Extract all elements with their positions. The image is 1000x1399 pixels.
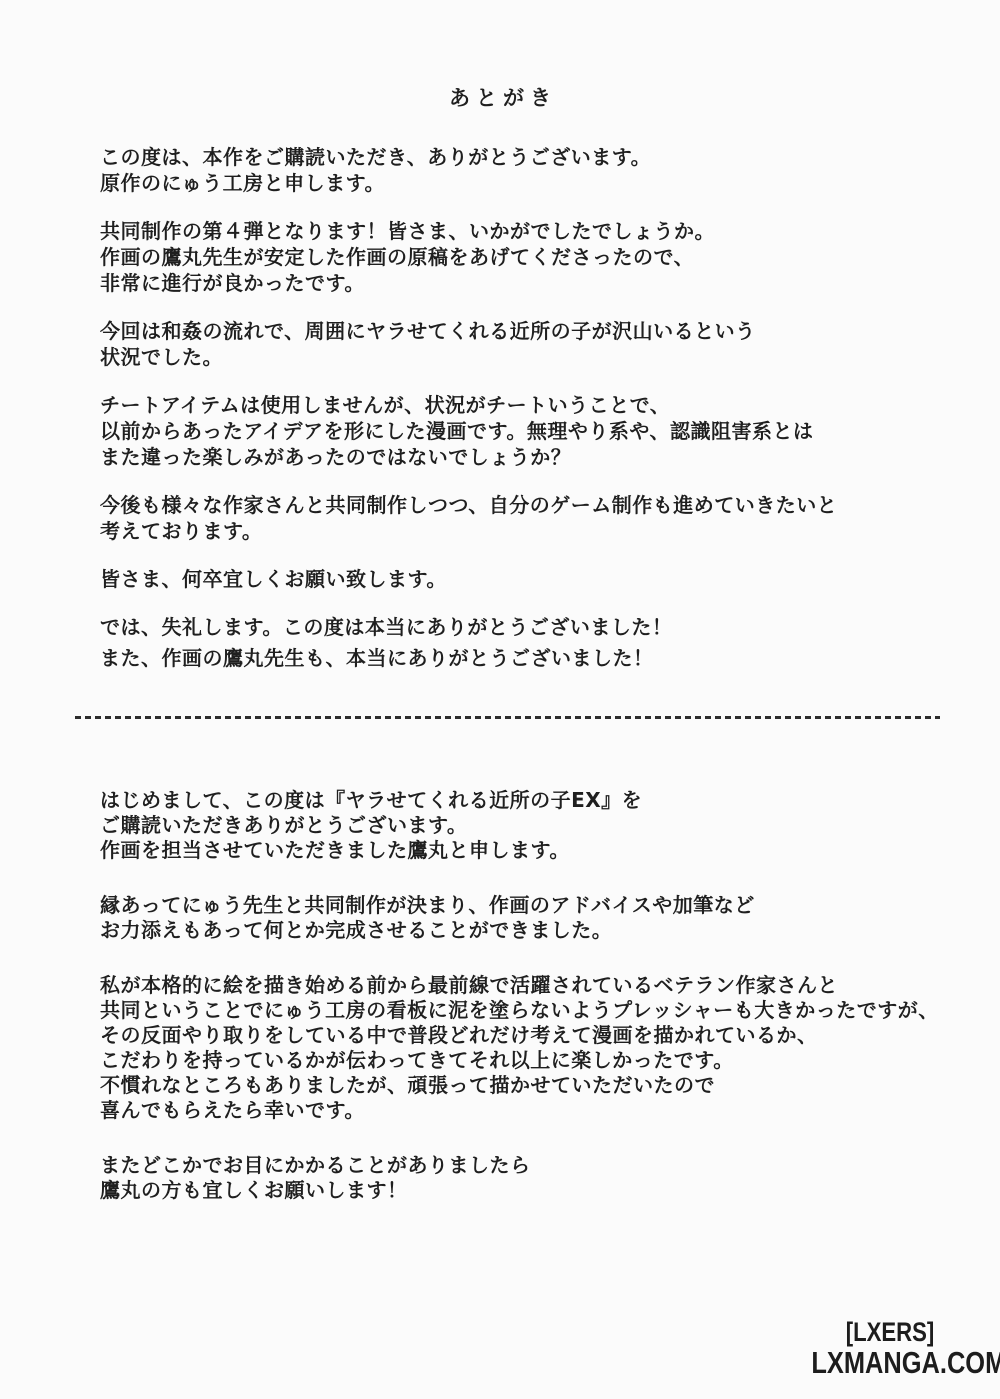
- paragraph: 皆さま、何卒宜しくお願い致します。: [100, 566, 960, 592]
- text-line: 共同ということでにゅう工房の看板に泥を塗らないようプレッシャーも大きかったですが…: [100, 998, 960, 1023]
- afterword-page: あとがき この度は、本作をご購読いただき、ありがとうございます。原作のにゅう工房…: [0, 0, 1000, 1399]
- text-line: 私が本格的に絵を描き始める前から最前線で活躍されているベテラン作家さんと: [100, 973, 960, 998]
- text-line: 今回は和姦の流れで、周囲にヤラせてくれる近所の子が沢山いるという: [100, 318, 960, 344]
- text-line: では、失礼します。この度は本当にありがとうございました！: [100, 614, 960, 640]
- paragraph: またどこかでお目にかかることがありましたら鷹丸の方も宜しくお願いします！: [100, 1153, 960, 1203]
- text-line: 縁あってにゅう先生と共同制作が決まり、作画のアドバイスや加筆など: [100, 893, 960, 918]
- text-line: 喜んでもらえたら幸いです。: [100, 1098, 960, 1123]
- paragraph: 今回は和姦の流れで、周囲にヤラせてくれる近所の子が沢山いるという状況でした。: [100, 318, 960, 370]
- text-line: こだわりを持っているかが伝わってきてそれ以上に楽しかったです。: [100, 1048, 960, 1073]
- watermark-group-name: [LXERS]: [846, 1318, 935, 1346]
- text-line: 状況でした。: [100, 344, 960, 370]
- paragraph: 私が本格的に絵を描き始める前から最前線で活躍されているベテラン作家さんと共同とい…: [100, 973, 960, 1123]
- text-line: 不慣れなところもありましたが、頑張って描かせていただいたので: [100, 1073, 960, 1098]
- text-line: 作画の鷹丸先生が安定した作画の原稿をあげてくださったので、: [100, 244, 960, 270]
- text-line: また、作画の鷹丸先生も、本当にありがとうございました！: [100, 645, 960, 671]
- paragraph: この度は、本作をご購読いただき、ありがとうございます。原作のにゅう工房と申します…: [100, 144, 960, 196]
- text-line: またどこかでお目にかかることがありましたら: [100, 1153, 960, 1178]
- text-line: はじめまして、この度は『ヤラせてくれる近所の子EX』を: [100, 788, 960, 813]
- paragraph: 縁あってにゅう先生と共同制作が決まり、作画のアドバイスや加筆などお力添えもあって…: [100, 893, 960, 943]
- text-line: 鷹丸の方も宜しくお願いします！: [100, 1178, 960, 1203]
- text-line: 共同制作の第４弾となります！皆さま、いかがでしたでしょうか。: [100, 218, 960, 244]
- paragraph: では、失礼します。この度は本当にありがとうございました！: [100, 614, 960, 640]
- artist-afterword-section: はじめまして、この度は『ヤラせてくれる近所の子EX』をご購読いただきありがとうご…: [100, 788, 960, 1233]
- text-line: また違った楽しみがあったのではないでしょうか？: [100, 444, 960, 470]
- text-line: 今後も様々な作家さんと共同制作しつつ、自分のゲーム制作も進めていきたいと: [100, 492, 960, 518]
- paragraph: 今後も様々な作家さんと共同制作しつつ、自分のゲーム制作も進めていきたいと考えてお…: [100, 492, 960, 544]
- page-title: あとがき: [0, 82, 1000, 112]
- text-line: ご購読いただきありがとうございます。: [100, 813, 960, 838]
- text-line: チートアイテムは使用しませんが、状況がチートいうことで、: [100, 392, 960, 418]
- text-line: その反面やり取りをしている中で普段どれだけ考えて漫画を描かれているか、: [100, 1023, 960, 1048]
- text-line: 皆さま、何卒宜しくお願い致します。: [100, 566, 960, 592]
- text-line: 非常に進行が良かったです。: [100, 270, 960, 296]
- section-divider: [75, 716, 940, 719]
- watermark-site-name: LXMANGA.COM: [811, 1347, 1000, 1380]
- text-line: お力添えもあって何とか完成させることができました。: [100, 918, 960, 943]
- text-line: 作画を担当させていただきました鷹丸と申します。: [100, 838, 960, 863]
- text-line: 考えております。: [100, 518, 960, 544]
- paragraph: はじめまして、この度は『ヤラせてくれる近所の子EX』をご購読いただきありがとうご…: [100, 788, 960, 863]
- watermark: [LXERS] LXMANGA.COM: [790, 1318, 990, 1380]
- paragraph: チートアイテムは使用しませんが、状況がチートいうことで、以前からあったアイデアを…: [100, 392, 960, 470]
- text-line: 以前からあったアイデアを形にした漫画です。無理やり系や、認識阻害系とは: [100, 418, 960, 444]
- text-line: 原作のにゅう工房と申します。: [100, 170, 960, 196]
- paragraph: 共同制作の第４弾となります！皆さま、いかがでしたでしょうか。作画の鷹丸先生が安定…: [100, 218, 960, 296]
- author-afterword-section: この度は、本作をご購読いただき、ありがとうございます。原作のにゅう工房と申します…: [100, 144, 960, 693]
- paragraph: また、作画の鷹丸先生も、本当にありがとうございました！: [100, 645, 960, 671]
- text-line: この度は、本作をご購読いただき、ありがとうございます。: [100, 144, 960, 170]
